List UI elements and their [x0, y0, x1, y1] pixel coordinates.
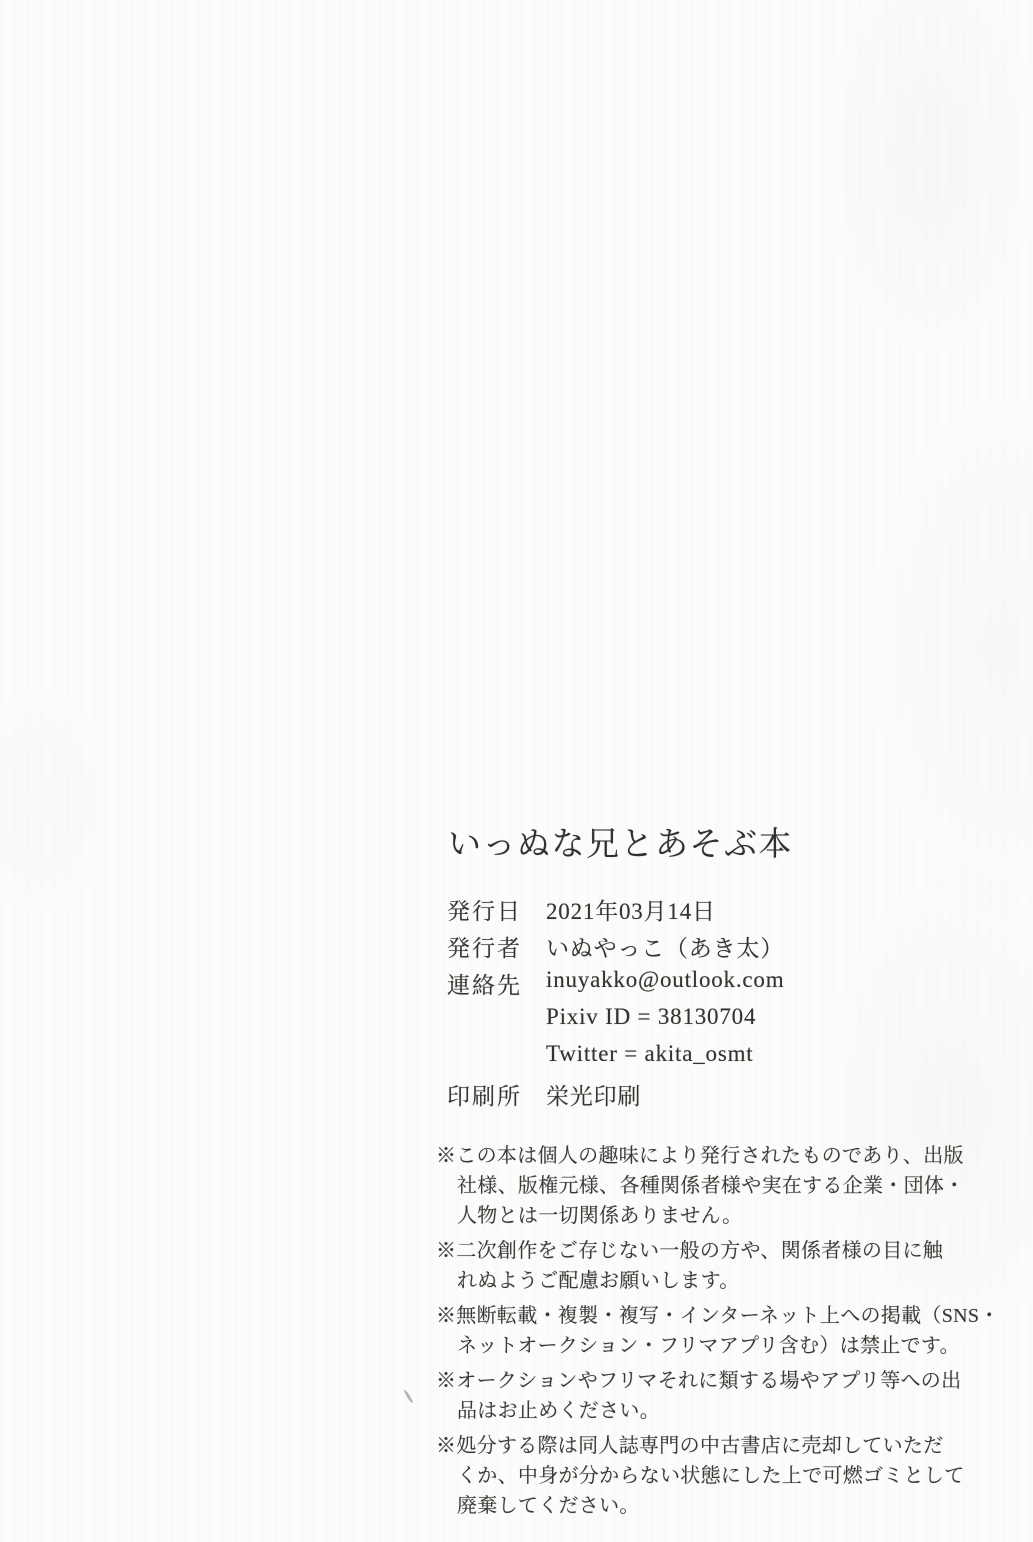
colophon-row-label: 発行者 [447, 930, 546, 963]
disclaimer-line: くか、中身が分からない状態にした上で可燃ゴミとして [457, 1461, 1000, 1491]
colophon-row-value: Twitter = akita_osmt [546, 1041, 754, 1067]
colophon-info: 発行日2021年03月14日発行者いぬやっこ（あき太）連絡先inuyakko@o… [447, 893, 784, 1115]
disclaimer-line: 人物とは一切関係ありません。 [457, 1201, 1000, 1231]
disclaimer-line: 品はお止めください。 [457, 1396, 1000, 1426]
disclaimer-line: 廃棄してください。 [457, 1491, 1000, 1521]
colophon-row-value: Pixiv ID = 38130704 [546, 1004, 756, 1030]
colophon-row-value: 2021年03月14日 [546, 893, 716, 926]
colophon-row: Pixiv ID = 38130704 [447, 1004, 784, 1041]
disclaimer-note: ※この本は個人の趣味により発行されたものであり、出版社様、版権元様、各種関係者様… [436, 1141, 1000, 1231]
colophon-row-value: inuyakko@outlook.com [546, 967, 784, 993]
disclaimer-line: ※二次創作をご存じない一般の方や、関係者様の目に触 [436, 1236, 1000, 1266]
disclaimer-line: ※無断転載・複製・複写・インターネット上への掲載（SNS・ [436, 1301, 1000, 1331]
disclaimer-line: ※処分する際は同人誌専門の中古書店に売却していただ [436, 1431, 1000, 1461]
disclaimer-note: ※無断転載・複製・複写・インターネット上への掲載（SNS・ネットオークション・フ… [436, 1301, 1000, 1361]
scanned-colophon-page: いっぬな兄とあそぶ本 発行日2021年03月14日発行者いぬやっこ（あき太）連絡… [0, 0, 1033, 1542]
colophon-row-value: いぬやっこ（あき太） [546, 930, 784, 963]
book-title: いっぬな兄とあそぶ本 [448, 818, 793, 865]
disclaimer-line: ※オークションやフリマそれに類する場やアプリ等への出 [436, 1366, 1000, 1396]
colophon-row-label: 発行日 [447, 893, 546, 926]
disclaimer-line: 社様、版権元様、各種関係者様や実在する企業・団体・ [457, 1171, 1000, 1201]
disclaimer-line: れぬようご配慮お願いします。 [457, 1266, 1000, 1296]
disclaimer-note: ※オークションやフリマそれに類する場やアプリ等への出品はお止めください。 [436, 1366, 1000, 1426]
colophon-row: 印刷所栄光印刷 [447, 1078, 784, 1115]
disclaimer-line: ※この本は個人の趣味により発行されたものであり、出版 [436, 1141, 1000, 1171]
colophon-row-value: 栄光印刷 [546, 1078, 641, 1111]
colophon-row: Twitter = akita_osmt [447, 1041, 784, 1078]
colophon-row-label: 印刷所 [447, 1078, 546, 1111]
colophon-row-label: 連絡先 [447, 967, 546, 1000]
colophon-row: 発行者いぬやっこ（あき太） [447, 930, 784, 967]
colophon-row: 連絡先inuyakko@outlook.com [447, 967, 784, 1004]
disclaimer-line: ネットオークション・フリマアプリ含む）は禁止です。 [457, 1331, 1000, 1361]
disclaimer-notes: ※この本は個人の趣味により発行されたものであり、出版社様、版権元様、各種関係者様… [436, 1141, 1000, 1526]
disclaimer-note: ※二次創作をご存じない一般の方や、関係者様の目に触れぬようご配慮お願いします。 [436, 1236, 1000, 1296]
colophon-row: 発行日2021年03月14日 [447, 893, 784, 930]
scan-artifact-mark [403, 1389, 413, 1403]
disclaimer-note: ※処分する際は同人誌専門の中古書店に売却していただくか、中身が分からない状態にし… [436, 1431, 1000, 1521]
